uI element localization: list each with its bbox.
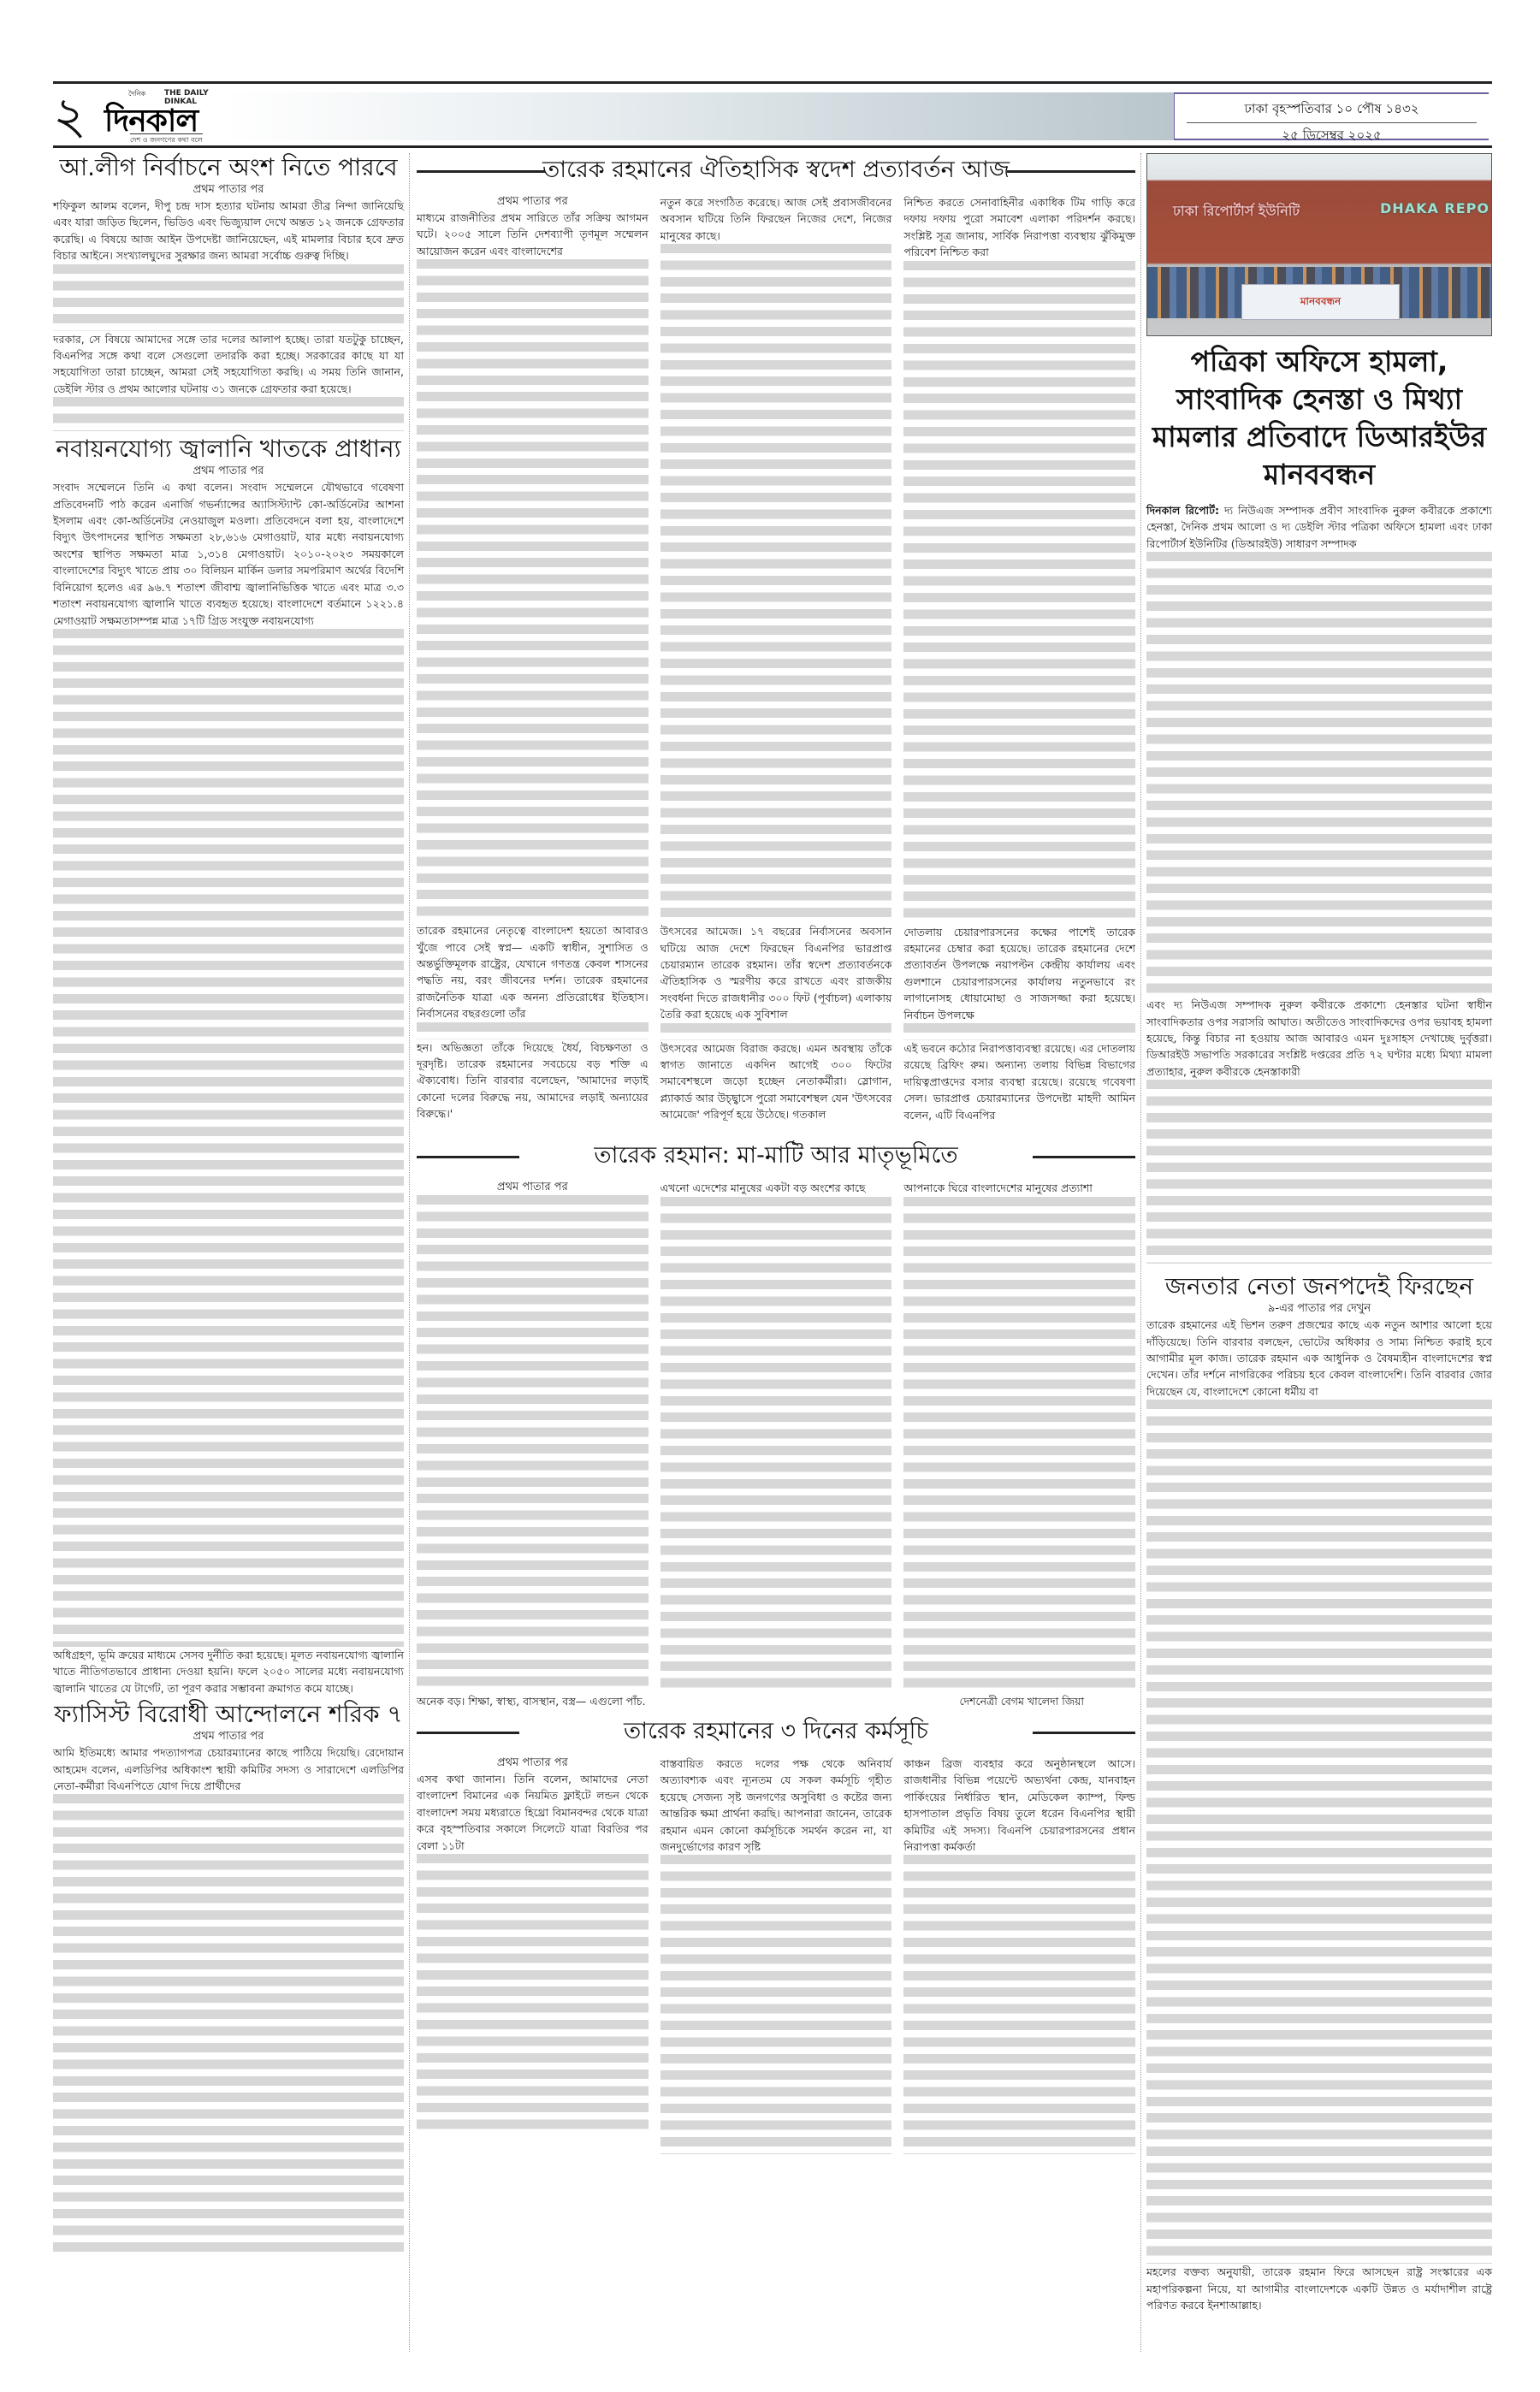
text-column: বাস্তবায়িত করতে দলের পক্ষ থেকে অনিবার্য…	[660, 1756, 892, 2154]
text-block: .	[1146, 552, 1492, 997]
text-block: .	[53, 264, 404, 331]
article-fascist-movement: ফ্যাসিস্ট বিরোধী আন্দোলনে শরিক ৭ প্রথম প…	[53, 1700, 404, 2256]
article-closing: মহলের বক্তব্য অনুযায়ী, তারেক রহমান ফিরে…	[1146, 2264, 1492, 2313]
masthead: ২ দৈনিক THE DAILY DINKAL দিনকাল দেশ ও জন…	[53, 81, 1492, 148]
headline-rule	[1033, 1732, 1135, 1734]
article-closing-row: অনেক বড়। শিক্ষা, স্বাস্থ্য, বাসস্থান, ব…	[417, 1693, 1135, 1709]
text-block: .	[417, 1195, 649, 1691]
article-closing: অধিগ্রহণ, ভূমি ক্রয়ের মাধ্যমে সেসব দুর্…	[53, 1647, 404, 1696]
article-headline: ফ্যাসিস্ট বিরোধী আন্দোলনে শরিক ৭	[53, 1700, 404, 1729]
date-gregorian: ২৫ ডিসেম্বর ২০২৫	[1175, 123, 1489, 147]
article-body: এখনো এদেশের মানুষের একটা বড় অংশের কাছে	[660, 1180, 892, 1196]
continuation-note: প্রথম পাতার পর	[417, 194, 649, 210]
ruled-headline: তারেক রহমান: মা-মাটি আর মাতৃভূমিতে	[417, 1139, 1135, 1173]
article-body: তারেক রহমানের এই ভিশন তরুণ প্রজন্মের কাছ…	[1146, 1317, 1492, 1400]
logo-tagline: দেশ ও জনগণের কথা বলে	[130, 133, 203, 146]
text-block: .	[660, 1855, 892, 2154]
text-block: .	[417, 1854, 649, 2136]
article-headline: তারেক রহমানের ৩ দিনের কর্মসূচি	[624, 1718, 928, 1744]
article-headline: আ.লীগ নির্বাচনে অংশ নিতে পারবে	[53, 153, 404, 182]
article-columns: প্রথম পাতার পর . এখনো এদেশের মানুষের একট…	[417, 1180, 1135, 1692]
article-body: উৎসবের আমেজ বিরাজ করছে। এমন অবস্থায় তাঁ…	[660, 1040, 892, 1123]
article-body: আপনাকে ঘিরে বাংলাদেশের মানুষের প্রত্যাশা	[903, 1180, 1135, 1196]
article-three-day-program: তারেক রহমানের ৩ দিনের কর্মসূচি প্রথম পাত…	[417, 1714, 1135, 2154]
middle-column: তারেক রহমানের ঐতিহাসিক স্বদেশ প্রত্যাবর্…	[417, 153, 1135, 2154]
column-divider	[409, 153, 410, 2352]
article-body: আমি ইতিমধ্যে আমার পদত্যাগপত্র চেয়ারম্যা…	[53, 1744, 404, 1794]
text-column: আপনাকে ঘিরে বাংলাদেশের মানুষের প্রত্যাশা…	[903, 1180, 1135, 1692]
headline-rule	[1007, 170, 1135, 173]
page-number: ২	[53, 91, 86, 142]
headline-rule	[1033, 1156, 1135, 1158]
article-body: মাধ্যমে রাজনীতির প্রথম সারিতে তাঁর সক্রি…	[417, 210, 649, 259]
newspaper-page: ২ দৈনিক THE DAILY DINKAL দিনকাল দেশ ও জন…	[53, 81, 1492, 2357]
continuation-note: ৯-এর পাতার পর দেখুন	[1146, 1301, 1492, 1317]
article-body: বাস্তবায়িত করতে দলের পক্ষ থেকে অনিবার্য…	[660, 1756, 892, 1855]
article-body: শফিকুল আলম বলেন, দীপু চন্দ্র দাস হত্যার …	[53, 198, 404, 264]
headline-rule	[417, 170, 545, 173]
article-awami-league: আ.লীগ নির্বাচনে অংশ নিতে পারবে প্রথম পাত…	[53, 153, 404, 431]
masthead-gradient-band	[224, 92, 1174, 140]
article-body: দিনকাল রিপোর্ট: দ্য নিউএজ সম্পাদক প্রবীণ…	[1146, 502, 1492, 552]
banner-text: মানববন্ধন	[1242, 285, 1399, 311]
date-bengali: ঢাকা বৃহস্পতিবার ১০ পৌষ ১৪৩২	[1187, 94, 1477, 123]
text-block: .	[1146, 1400, 1492, 2264]
photo-sign-english: DHAKA REPO	[1380, 200, 1490, 216]
article-closing: অনেক বড়। শিক্ষা, স্বাস্থ্য, বাসস্থান, ব…	[417, 1693, 646, 1709]
right-column: ঢাকা রিপোর্টার্স ইউনিটি DHAKA REPO মানবব…	[1146, 153, 1492, 2314]
article-headline: নবায়নযোগ্য জ্বালানি খাতকে প্রাধান্য	[53, 435, 404, 464]
date-box: ঢাকা বৃহস্পতিবার ১০ পৌষ ১৪৩২ ২৫ ডিসেম্বর…	[1174, 92, 1489, 140]
headline-rule	[417, 1732, 519, 1734]
article-people-leader: জনতার নেতা জনপদেই ফিরছেন ৯-এর পাতার পর দ…	[1146, 1272, 1492, 2313]
article-body: কাঞ্চন ব্রিজ ব্যবহার করে অনুষ্ঠানস্থলে আ…	[903, 1756, 1135, 1855]
text-block: .	[1146, 1080, 1492, 1264]
article-body: হন। অভিজ্ঞতা তাঁকে দিয়েছে ধৈর্য, বিচক্ষ…	[417, 1039, 649, 1122]
text-block: .	[660, 1023, 892, 1040]
continuation-note: প্রথম পাতার পর	[53, 1729, 404, 1744]
text-block: .	[660, 1197, 892, 1693]
continuation-note: প্রথম পাতার পর	[417, 1180, 649, 1195]
text-column: কাঞ্চন ব্রিজ ব্যবহার করে অনুষ্ঠানস্থলে আ…	[903, 1756, 1135, 2154]
article-columns: প্রথম পাতার পর এসব কথা জানান। তিনি বলেন,…	[417, 1756, 1135, 2154]
article-body: দরকার, সে বিষয়ে আমাদের সঙ্গে তার দলের আ…	[53, 331, 404, 398]
text-column: নতুন করে সংগঠিত করেছে। আজ সেই প্রবাসজীবন…	[660, 194, 892, 1123]
article-body: নতুন করে সংগঠিত করেছে। আজ সেই প্রবাসজীবন…	[660, 194, 892, 244]
text-column: নিশ্চিত করতে সেনাবাহিনীর একাধিক টিম গাড়…	[903, 194, 1135, 1123]
newspaper-logo: দৈনিক THE DAILY DINKAL দিনকাল দেশ ও জনগণ…	[104, 89, 216, 144]
left-column: আ.লীগ নির্বাচনে অংশ নিতে পারবে প্রথম পাত…	[53, 153, 404, 2256]
text-block: .	[903, 1023, 1135, 1040]
text-block: .	[417, 1022, 649, 1039]
continuation-note: প্রথম পাতার পর	[53, 182, 404, 198]
article-headline: পত্রিকা অফিসে হামলা, সাংবাদিক হেনস্তা ও …	[1146, 343, 1492, 494]
byline: দিনকাল রিপোর্ট:	[1146, 504, 1219, 517]
article-body: দোতলায় চেয়ারপারসনের কক্ষের পাশেই তারেক…	[903, 924, 1135, 1023]
article-body: এই ভবনে কঠোর নিরাপত্তাব্যবস্থা রয়েছে। এ…	[903, 1040, 1135, 1123]
article-body: উৎসবের আমেজ। ১৭ বছরের নির্বাসনের অবসান ঘ…	[660, 923, 892, 1022]
article-body: এসব কথা জানান। তিনি বলেন, আমাদের নেতা বা…	[417, 1771, 649, 1854]
article-tarique-return: তারেক রহমানের ঐতিহাসিক স্বদেশ প্রত্যাবর্…	[417, 153, 1135, 1123]
news-photo-human-chain: ঢাকা রিপোর্টার্স ইউনিটি DHAKA REPO মানবব…	[1146, 153, 1492, 336]
ruled-headline: তারেক রহমানের ৩ দিনের কর্মসূচি	[417, 1714, 1135, 1749]
article-columns: প্রথম পাতার পর মাধ্যমে রাজনীতির প্রথম সা…	[417, 194, 1135, 1123]
text-block: .	[417, 259, 649, 922]
text-block: .	[903, 261, 1135, 924]
article-renewable-energy: নবায়নযোগ্য জ্বালানি খাতকে প্রাধান্য প্র…	[53, 435, 404, 1696]
article-body: নিশ্চিত করতে সেনাবাহিনীর একাধিক টিম গাড়…	[903, 194, 1135, 261]
photo-sign-bengali: ঢাকা রিপোর্টার্স ইউনিটি	[1173, 200, 1300, 223]
text-column: এখনো এদেশের মানুষের একটা বড় অংশের কাছে …	[660, 1180, 892, 1692]
article-motherland: তারেক রহমান: মা-মাটি আর মাতৃভূমিতে প্রথম…	[417, 1139, 1135, 1709]
text-block: .	[903, 1855, 1135, 2154]
text-block: .	[903, 1197, 1135, 1693]
article-body: সংবাদ সম্মেলনে তিনি এ কথা বলেন। সংবাদ সম…	[53, 479, 404, 629]
text-block: .	[53, 629, 404, 1647]
text-column: প্রথম পাতার পর এসব কথা জানান। তিনি বলেন,…	[417, 1756, 649, 2154]
text-column: প্রথম পাতার পর .	[417, 1180, 649, 1692]
text-column: প্রথম পাতার পর মাধ্যমে রাজনীতির প্রথম সা…	[417, 194, 649, 1123]
text-block: .	[53, 1794, 404, 2256]
article-headline: তারেক রহমান: মা-মাটি আর মাতৃভূমিতে	[594, 1142, 957, 1169]
continuation-note: প্রথম পাতার পর	[417, 1756, 649, 1771]
continuation-note: প্রথম পাতার পর	[53, 464, 404, 479]
photo-banner: মানববন্ধন	[1241, 284, 1400, 320]
text-block: .	[53, 397, 404, 431]
article-headline: জনতার নেতা জনপদেই ফিরছেন	[1146, 1272, 1492, 1301]
article-body: এবং দ্য নিউএজ সম্পাদক নুরুল কবীরকে প্রকা…	[1146, 997, 1492, 1080]
article-headline: তারেক রহমানের ঐতিহাসিক স্বদেশ প্রত্যাবর্…	[542, 157, 1010, 183]
article-body: তারেক রহমানের নেতৃত্বে বাংলাদেশ হয়তো আব…	[417, 922, 649, 1021]
column-divider	[1140, 153, 1141, 2352]
text-block: .	[660, 244, 892, 923]
headline-rule	[417, 1156, 519, 1158]
article-signoff: দেশনেত্রী বেগম খালেদা জিয়া	[960, 1693, 1084, 1709]
ruled-headline: তারেক রহমানের ঐতিহাসিক স্বদেশ প্রত্যাবর্…	[417, 153, 1135, 187]
article-dru-protest: পত্রিকা অফিসে হামলা, সাংবাদিক হেনস্তা ও …	[1146, 343, 1492, 1264]
